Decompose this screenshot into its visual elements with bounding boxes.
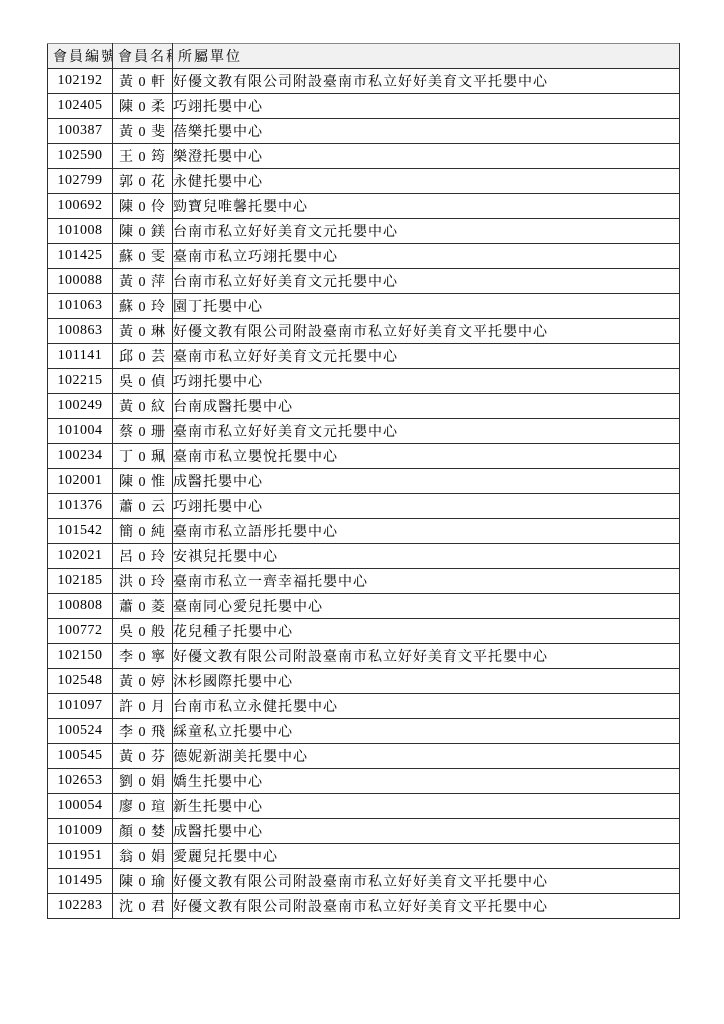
member-id-cell: 102548: [48, 669, 113, 694]
unit-cell: 巧翊托嬰中心: [173, 494, 680, 519]
member-id-cell: 101008: [48, 219, 113, 244]
member-id-cell: 102001: [48, 469, 113, 494]
unit-cell: 勁寶兒唯馨托嬰中心: [173, 194, 680, 219]
unit-cell: 綵童私立托嬰中心: [173, 719, 680, 744]
table-row: 101009顏 0 婪成醫托嬰中心: [48, 819, 680, 844]
member-name-cell: 陳 0 柔: [113, 94, 173, 119]
member-name-cell: 蕭 0 云: [113, 494, 173, 519]
unit-cell: 好優文教有限公司附設臺南市私立好好美育文平托嬰中心: [173, 69, 680, 94]
member-name-cell: 黃 0 芬: [113, 744, 173, 769]
member-name-cell: 黃 0 萍: [113, 269, 173, 294]
table-row: 100054廖 0 瑄新生托嬰中心: [48, 794, 680, 819]
member-id-cell: 100387: [48, 119, 113, 144]
unit-cell: 好優文教有限公司附設臺南市私立好好美育文平托嬰中心: [173, 644, 680, 669]
table-row: 101063蘇 0 玲園丁托嬰中心: [48, 294, 680, 319]
table-row: 100234丁 0 珮臺南市私立嬰悅托嬰中心: [48, 444, 680, 469]
member-id-cell: 100808: [48, 594, 113, 619]
unit-cell: 臺南市私立嬰悅托嬰中心: [173, 444, 680, 469]
unit-cell: 成醫托嬰中心: [173, 819, 680, 844]
table-row: 101004蔡 0 珊臺南市私立好好美育文元托嬰中心: [48, 419, 680, 444]
member-id-cell: 102283: [48, 894, 113, 919]
member-name-cell: 黃 0 紋: [113, 394, 173, 419]
member-name-cell: 蕭 0 菱: [113, 594, 173, 619]
member-id-cell: 102150: [48, 644, 113, 669]
unit-cell: 臺南市私立好好美育文元托嬰中心: [173, 344, 680, 369]
unit-cell: 樂澄托嬰中心: [173, 144, 680, 169]
member-id-cell: 100692: [48, 194, 113, 219]
member-name-cell: 丁 0 珮: [113, 444, 173, 469]
member-id-cell: 100249: [48, 394, 113, 419]
member-id-cell: 102653: [48, 769, 113, 794]
member-name-cell: 洪 0 玲: [113, 569, 173, 594]
table-row: 102799郭 0 花永健托嬰中心: [48, 169, 680, 194]
table-row: 101495陳 0 瑜好優文教有限公司附設臺南市私立好好美育文平托嬰中心: [48, 869, 680, 894]
member-name-cell: 黃 0 琳: [113, 319, 173, 344]
unit-cell: 台南市私立好好美育文元托嬰中心: [173, 269, 680, 294]
table-row: 101376蕭 0 云巧翊托嬰中心: [48, 494, 680, 519]
table-row: 102653劉 0 娟嬌生托嬰中心: [48, 769, 680, 794]
member-name-cell: 簡 0 純: [113, 519, 173, 544]
unit-cell: 永健托嬰中心: [173, 169, 680, 194]
unit-cell: 好優文教有限公司附設臺南市私立好好美育文平托嬰中心: [173, 869, 680, 894]
member-name-cell: 蘇 0 玲: [113, 294, 173, 319]
table-row: 100808蕭 0 菱臺南同心愛兒托嬰中心: [48, 594, 680, 619]
column-header-member-id: 會員編號: [48, 44, 113, 69]
column-header-unit: 所屬單位: [173, 44, 680, 69]
member-name-cell: 陳 0 惟: [113, 469, 173, 494]
unit-cell: 臺南同心愛兒托嬰中心: [173, 594, 680, 619]
table-body: 102192黃 0 軒好優文教有限公司附設臺南市私立好好美育文平托嬰中心1024…: [48, 69, 680, 919]
member-id-cell: 101063: [48, 294, 113, 319]
table-row: 100088黃 0 萍台南市私立好好美育文元托嬰中心: [48, 269, 680, 294]
table-row: 102590王 0 筠樂澄托嬰中心: [48, 144, 680, 169]
member-name-cell: 蔡 0 珊: [113, 419, 173, 444]
member-name-cell: 顏 0 婪: [113, 819, 173, 844]
table-row: 100772吳 0 般花兒種子托嬰中心: [48, 619, 680, 644]
unit-cell: 臺南市私立語彤托嬰中心: [173, 519, 680, 544]
unit-cell: 沐杉國際托嬰中心: [173, 669, 680, 694]
member-name-cell: 沈 0 君: [113, 894, 173, 919]
member-name-cell: 翁 0 娟: [113, 844, 173, 869]
member-id-cell: 100234: [48, 444, 113, 469]
member-name-cell: 呂 0 玲: [113, 544, 173, 569]
table-row: 102021呂 0 玲安祺兒托嬰中心: [48, 544, 680, 569]
member-id-cell: 100545: [48, 744, 113, 769]
member-id-cell: 101376: [48, 494, 113, 519]
table-row: 102185洪 0 玲臺南市私立一齊幸福托嬰中心: [48, 569, 680, 594]
column-header-member-name: 會員名稱: [113, 44, 173, 69]
table-row: 102192黃 0 軒好優文教有限公司附設臺南市私立好好美育文平托嬰中心: [48, 69, 680, 94]
table-row: 100387黃 0 斐蓓樂托嬰中心: [48, 119, 680, 144]
unit-cell: 園丁托嬰中心: [173, 294, 680, 319]
member-id-cell: 100088: [48, 269, 113, 294]
unit-cell: 好優文教有限公司附設臺南市私立好好美育文平托嬰中心: [173, 319, 680, 344]
unit-cell: 德妮新湖美托嬰中心: [173, 744, 680, 769]
member-name-cell: 劉 0 娟: [113, 769, 173, 794]
member-id-cell: 101425: [48, 244, 113, 269]
table-row: 101008陳 0 鎂台南市私立好好美育文元托嬰中心: [48, 219, 680, 244]
unit-cell: 好優文教有限公司附設臺南市私立好好美育文平托嬰中心: [173, 894, 680, 919]
member-name-cell: 王 0 筠: [113, 144, 173, 169]
table-row: 100692陳 0 伶勁寶兒唯馨托嬰中心: [48, 194, 680, 219]
member-id-cell: 100524: [48, 719, 113, 744]
member-name-cell: 陳 0 伶: [113, 194, 173, 219]
unit-cell: 安祺兒托嬰中心: [173, 544, 680, 569]
member-id-cell: 100054: [48, 794, 113, 819]
member-id-cell: 101004: [48, 419, 113, 444]
member-name-cell: 廖 0 瑄: [113, 794, 173, 819]
table-row: 101425蘇 0 雯臺南市私立巧翊托嬰中心: [48, 244, 680, 269]
member-name-cell: 黃 0 軒: [113, 69, 173, 94]
member-id-cell: 102192: [48, 69, 113, 94]
table-row: 102150李 0 寧好優文教有限公司附設臺南市私立好好美育文平托嬰中心: [48, 644, 680, 669]
document-page: 會員編號 會員名稱 所屬單位 102192黃 0 軒好優文教有限公司附設臺南市私…: [0, 0, 724, 1024]
member-id-cell: 101495: [48, 869, 113, 894]
table-row: 100524李 0 飛綵童私立托嬰中心: [48, 719, 680, 744]
member-name-cell: 李 0 寧: [113, 644, 173, 669]
member-id-cell: 101009: [48, 819, 113, 844]
unit-cell: 巧翊托嬰中心: [173, 369, 680, 394]
member-id-cell: 102185: [48, 569, 113, 594]
table-row: 100545黃 0 芬德妮新湖美托嬰中心: [48, 744, 680, 769]
unit-cell: 愛麗兒托嬰中心: [173, 844, 680, 869]
member-id-cell: 102021: [48, 544, 113, 569]
unit-cell: 台南成醫托嬰中心: [173, 394, 680, 419]
table-header-row: 會員編號 會員名稱 所屬單位: [48, 44, 680, 69]
member-id-cell: 102590: [48, 144, 113, 169]
member-id-cell: 100863: [48, 319, 113, 344]
unit-cell: 臺南市私立巧翊托嬰中心: [173, 244, 680, 269]
member-list-table: 會員編號 會員名稱 所屬單位 102192黃 0 軒好優文教有限公司附設臺南市私…: [47, 43, 680, 919]
unit-cell: 臺南市私立一齊幸福托嬰中心: [173, 569, 680, 594]
unit-cell: 成醫托嬰中心: [173, 469, 680, 494]
member-name-cell: 吳 0 般: [113, 619, 173, 644]
member-name-cell: 許 0 月: [113, 694, 173, 719]
unit-cell: 台南市私立永健托嬰中心: [173, 694, 680, 719]
table-row: 102548黃 0 婷沐杉國際托嬰中心: [48, 669, 680, 694]
table-row: 102405陳 0 柔巧翊托嬰中心: [48, 94, 680, 119]
unit-cell: 嬌生托嬰中心: [173, 769, 680, 794]
member-id-cell: 101097: [48, 694, 113, 719]
member-id-cell: 102799: [48, 169, 113, 194]
member-id-cell: 102215: [48, 369, 113, 394]
member-id-cell: 100772: [48, 619, 113, 644]
member-name-cell: 蘇 0 雯: [113, 244, 173, 269]
unit-cell: 花兒種子托嬰中心: [173, 619, 680, 644]
table-row: 100249黃 0 紋台南成醫托嬰中心: [48, 394, 680, 419]
table-row: 101097許 0 月台南市私立永健托嬰中心: [48, 694, 680, 719]
member-name-cell: 黃 0 婷: [113, 669, 173, 694]
member-name-cell: 黃 0 斐: [113, 119, 173, 144]
member-name-cell: 邱 0 芸: [113, 344, 173, 369]
table-row: 101542簡 0 純臺南市私立語彤托嬰中心: [48, 519, 680, 544]
table-row: 101951翁 0 娟愛麗兒托嬰中心: [48, 844, 680, 869]
member-name-cell: 吳 0 偵: [113, 369, 173, 394]
table-row: 101141邱 0 芸臺南市私立好好美育文元托嬰中心: [48, 344, 680, 369]
unit-cell: 台南市私立好好美育文元托嬰中心: [173, 219, 680, 244]
table-row: 102283沈 0 君好優文教有限公司附設臺南市私立好好美育文平托嬰中心: [48, 894, 680, 919]
member-name-cell: 陳 0 鎂: [113, 219, 173, 244]
member-name-cell: 李 0 飛: [113, 719, 173, 744]
member-name-cell: 郭 0 花: [113, 169, 173, 194]
member-id-cell: 101951: [48, 844, 113, 869]
member-name-cell: 陳 0 瑜: [113, 869, 173, 894]
unit-cell: 新生托嬰中心: [173, 794, 680, 819]
table-row: 102215吳 0 偵巧翊托嬰中心: [48, 369, 680, 394]
unit-cell: 巧翊托嬰中心: [173, 94, 680, 119]
member-id-cell: 102405: [48, 94, 113, 119]
unit-cell: 蓓樂托嬰中心: [173, 119, 680, 144]
table-row: 100863黃 0 琳好優文教有限公司附設臺南市私立好好美育文平托嬰中心: [48, 319, 680, 344]
unit-cell: 臺南市私立好好美育文元托嬰中心: [173, 419, 680, 444]
member-id-cell: 101542: [48, 519, 113, 544]
table-row: 102001陳 0 惟成醫托嬰中心: [48, 469, 680, 494]
member-id-cell: 101141: [48, 344, 113, 369]
